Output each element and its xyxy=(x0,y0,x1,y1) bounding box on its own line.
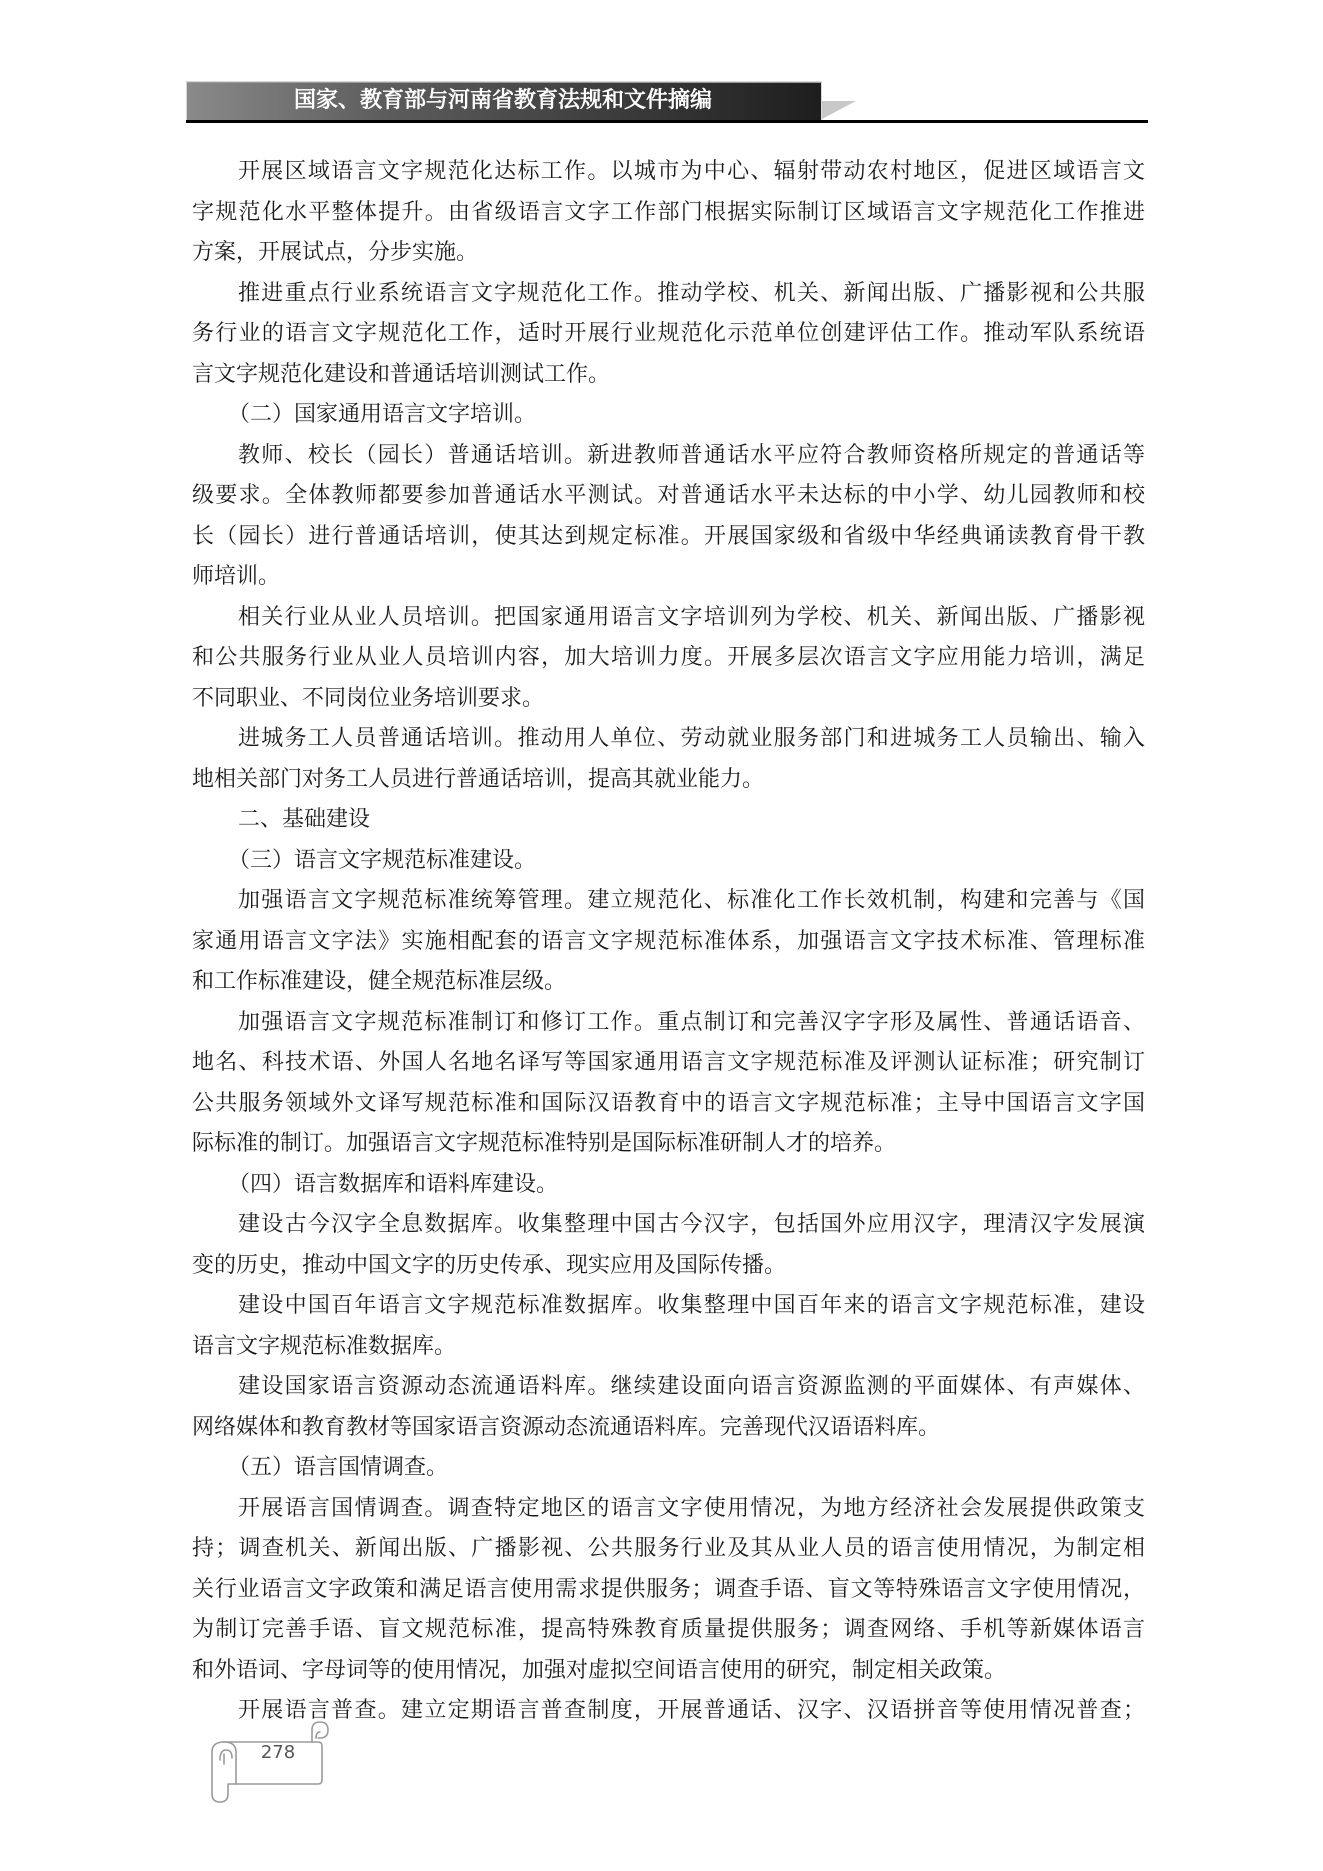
banner-fold-icon xyxy=(822,101,856,119)
header-title: 国家、教育部与河南省教育法规和文件摘编 xyxy=(186,81,820,119)
text-line: 公共服务领域外文译写规范标准和国际汉语教育中的语言文字规范标准；主导中国语言文字… xyxy=(192,1084,1145,1125)
text-line: 方案，开展试点，分步实施。 xyxy=(192,233,1145,274)
running-header: 国家、教育部与河南省教育法规和文件摘编 xyxy=(186,81,1148,125)
section-heading: （四）语言数据库和语料库建设。 xyxy=(192,1165,1145,1206)
text-line: 网络媒体和教育教材等国家语言资源动态流通语料库。完善现代汉语语料库。 xyxy=(192,1408,1145,1449)
text-line: 和外语词、字母词等的使用情况，加强对虚拟空间语言使用的研究，制定相关政策。 xyxy=(192,1651,1145,1692)
section-heading: （三）语言文字规范标准建设。 xyxy=(192,841,1145,882)
text-line: 教师、校长（园长）普通话培训。新进教师普通话水平应符合教师资格所规定的普通话等 xyxy=(192,436,1145,477)
text-line: 相关行业从业人员培训。把国家通用语言文字培训列为学校、机关、新闻出版、广播影视 xyxy=(192,598,1145,639)
text-line: 长（园长）进行普通话培训，使其达到规定标准。开展国家级和省级中华经典诵读教育骨干… xyxy=(192,517,1145,558)
text-line: 际标准的制订。加强语言文字规范标准特别是国际标准研制人才的培养。 xyxy=(192,1124,1145,1165)
text-line: 进城务工人员普通话培训。推动用人单位、劳动就业服务部门和进城务工人员输出、输入 xyxy=(192,719,1145,760)
text-line: 不同职业、不同岗位业务培训要求。 xyxy=(192,679,1145,720)
text-line: 关行业语言文字政策和满足语言使用需求提供服务；调查手语、盲文等特殊语言文字使用情… xyxy=(192,1570,1145,1611)
section-heading: （二）国家通用语言文字培训。 xyxy=(192,395,1145,436)
text-line: 为制订完善手语、盲文规范标准，提高特殊教育质量提供服务；调查网络、手机等新媒体语… xyxy=(192,1610,1145,1651)
text-line: 加强语言文字规范标准统筹管理。建立规范化、标准化工作长效机制，构建和完善与《国 xyxy=(192,881,1145,922)
text-line: 家通用语言文字法》实施相配套的语言文字规范标准体系，加强语言文字技术标准、管理标… xyxy=(192,922,1145,963)
text-line: 地相关部门对务工人员进行普通话培训，提高其就业能力。 xyxy=(192,760,1145,801)
text-line: 言文字规范化建设和普通话培训测试工作。 xyxy=(192,355,1145,396)
header-rule xyxy=(186,120,1148,123)
section-heading: （五）语言国情调查。 xyxy=(192,1448,1145,1489)
text-line: 建设古今汉字全息数据库。收集整理中国古今汉字，包括国外应用汉字，理清汉字发展演 xyxy=(192,1205,1145,1246)
text-line: 字规范化水平整体提升。由省级语言文字工作部门根据实际制订区域语言文字规范化工作推… xyxy=(192,193,1145,234)
text-line: 师培训。 xyxy=(192,557,1145,598)
text-line: 开展区域语言文字规范化达标工作。以城市为中心、辐射带动农村地区，促进区域语言文 xyxy=(192,152,1145,193)
text-line: 加强语言文字规范标准制订和修订工作。重点制订和完善汉字字形及属性、普通话语音、 xyxy=(192,1003,1145,1044)
text-line: 建设中国百年语言文字规范标准数据库。收集整理中国百年来的语言文字规范标准，建设 xyxy=(192,1286,1145,1327)
text-line: 务行业的语言文字规范化工作，适时开展行业规范化示范单位创建评估工作。推动军队系统… xyxy=(192,314,1145,355)
text-line: 持；调查机关、新闻出版、广播影视、公共服务行业及其从业人员的语言使用情况，为制定… xyxy=(192,1529,1145,1570)
text-line: 建设国家语言资源动态流通语料库。继续建设面向语言资源监测的平面媒体、有声媒体、 xyxy=(192,1367,1145,1408)
section-heading: 二、基础建设 xyxy=(192,800,1145,841)
page-number: 278 xyxy=(248,1738,308,1768)
page-number-badge: 278 xyxy=(208,1718,332,1804)
text-line: 和工作标准建设，健全规范标准层级。 xyxy=(192,962,1145,1003)
text-line: 变的历史，推动中国文字的历史传承、现实应用及国际传播。 xyxy=(192,1246,1145,1287)
text-line: 级要求。全体教师都要参加普通话水平测试。对普通话水平未达标的中小学、幼儿园教师和… xyxy=(192,476,1145,517)
page-body: 开展区域语言文字规范化达标工作。以城市为中心、辐射带动农村地区，促进区域语言文 … xyxy=(192,152,1145,1732)
text-line: 语言文字规范标准数据库。 xyxy=(192,1327,1145,1368)
text-line: 开展语言国情调查。调查特定地区的语言文字使用情况，为地方经济社会发展提供政策支 xyxy=(192,1489,1145,1530)
text-line: 开展语言普查。建立定期语言普查制度，开展普通话、汉字、汉语拼音等使用情况普查； xyxy=(192,1691,1145,1732)
text-line: 地名、科技术语、外国人名地名译写等国家通用语言文字规范标准及评测认证标准；研究制… xyxy=(192,1043,1145,1084)
text-line: 推进重点行业系统语言文字规范化工作。推动学校、机关、新闻出版、广播影视和公共服 xyxy=(192,274,1145,315)
text-line: 和公共服务行业从业人员培训内容，加大培训力度。开展多层次语言文字应用能力培训，满… xyxy=(192,638,1145,679)
